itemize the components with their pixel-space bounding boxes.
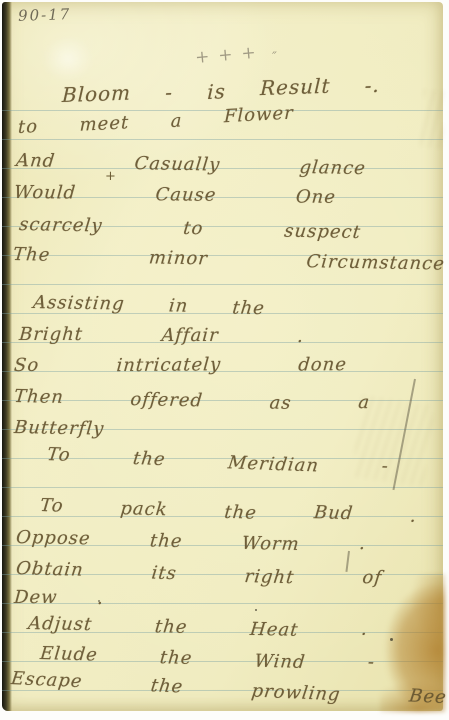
poem-line-8: BrightAffair. (18, 324, 305, 348)
poem-line-16: Dew. (13, 587, 105, 611)
poem-line-7: Assistinginthe (32, 292, 266, 320)
poem-line-11: Butterfly (13, 417, 175, 444)
poem-line-4: WouldCauseOne (13, 182, 337, 209)
scanned-manuscript: 90-17 +++ ″ + Bloom-isResult-. tomeetaFl… (0, 0, 449, 720)
editorial-plus-marks: +++ (194, 42, 265, 68)
ink-speck (390, 638, 393, 641)
archival-number: 90-17 (18, 5, 72, 25)
ink-show-through (420, 89, 446, 148)
fingerprint-smudge (42, 36, 94, 82)
ink-speck (303, 88, 305, 90)
ink-speck (98, 600, 100, 602)
manuscript-page: 90-17 +++ ″ + Bloom-isResult-. tomeetaFl… (2, 2, 443, 711)
poem-line-9: Sointricatelydone (13, 352, 348, 379)
ink-speck (255, 609, 257, 611)
editorial-quote-mark: ″ (272, 50, 277, 65)
